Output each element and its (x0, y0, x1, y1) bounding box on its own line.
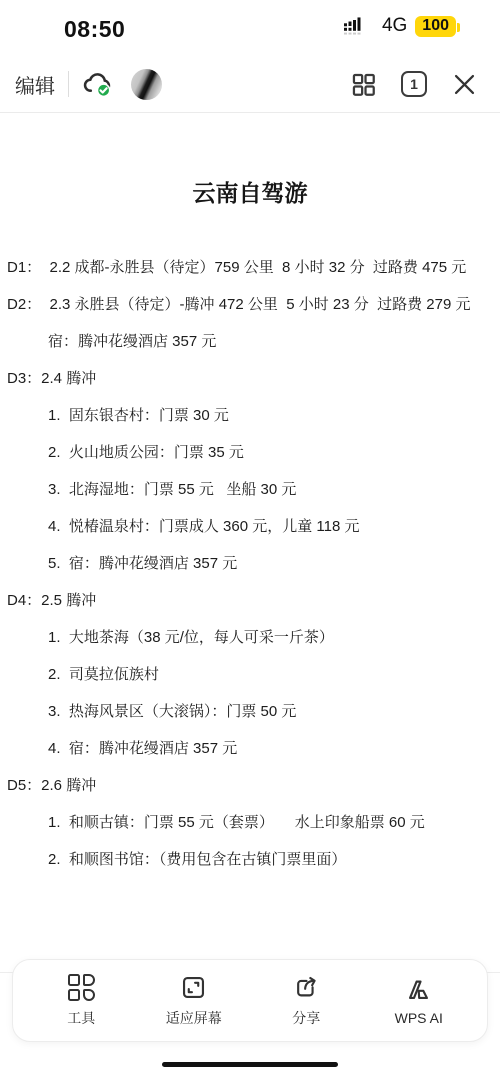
tools-button[interactable]: 工具 (49, 974, 113, 1028)
itinerary-line-d3-item4: 4. 悦椿温泉村：门票成人 360 元，儿童 118 元 (0, 519, 500, 535)
share-icon (293, 974, 320, 1001)
itinerary-line-d2-hotel: 宿：腾冲花缦酒店 357 元 (0, 334, 500, 350)
itinerary-line-d3-item3: 3. 北海湿地：门票 55 元 坐船 30 元 (0, 482, 500, 498)
status-bar: 08:50 4G 100 (0, 0, 500, 56)
clock: 08:50 (64, 16, 125, 43)
itinerary-line-d3-item2: 2. 火山地质公园：门票 35 元 (0, 445, 500, 461)
close-icon[interactable] (451, 71, 478, 98)
itinerary-line-d2: D2： 2.3 永胜县（待定）-腾冲 472 公里 5 小时 23 分 过路费 … (0, 297, 500, 313)
avatar[interactable] (131, 69, 162, 100)
page-indicator[interactable]: 1 (401, 71, 427, 97)
toolbar-divider (68, 71, 69, 97)
itinerary-line-d4: D4：2.5 腾冲 (0, 593, 500, 609)
itinerary-line-d5: D5：2.6 腾冲 (0, 778, 500, 794)
itinerary-line-d4-item2: 2. 司莫拉佤族村 (0, 667, 500, 683)
document-body: D1： 2.2 成都-永胜县（待定）759 公里 8 小时 32 分 过路费 4… (0, 208, 500, 868)
itinerary-line-d4-item4: 4. 宿：腾冲花缦酒店 357 元 (0, 741, 500, 757)
share-button[interactable]: 分享 (274, 974, 338, 1028)
document-title: 云南自驾游 (0, 113, 500, 208)
itinerary-line-d1: D1： 2.2 成都-永胜县（待定）759 公里 8 小时 32 分 过路费 4… (0, 260, 500, 276)
tools-label: 工具 (67, 1008, 95, 1028)
itinerary-line-d3: D3：2.4 腾冲 (0, 371, 500, 387)
bottom-toolbar: 工具 适应屏幕 (12, 959, 488, 1042)
tools-grid-icon (68, 974, 95, 1001)
grid-view-icon[interactable] (350, 71, 377, 98)
wps-ai-label: WPS AI (395, 1010, 443, 1026)
itinerary-line-d3-item5: 5. 宿：腾冲花缦酒店 357 元 (0, 556, 500, 572)
app-toolbar: 编辑 (0, 56, 500, 113)
document-page[interactable]: 云南自驾游 D1： 2.2 成都-永胜县（待定）759 公里 8 小时 32 分… (0, 113, 500, 1070)
share-label: 分享 (292, 1008, 320, 1028)
itinerary-line-d4-item1: 1. 大地茶海（38 元/位，每人可采一斤茶） (0, 630, 500, 646)
itinerary-line-d4-item3: 3. 热海风景区（大滚锅）：门票 50 元 (0, 704, 500, 720)
cloud-sync-icon[interactable] (82, 70, 114, 98)
itinerary-line-d3-item1: 1. 固东银杏村：门票 30 元 (0, 408, 500, 424)
screen: 08:50 4G 100 编辑 (0, 0, 500, 1070)
signal-strength-icon (344, 17, 374, 35)
wps-ai-button[interactable]: WPS AI (387, 976, 451, 1026)
fit-screen-label: 适应屏幕 (166, 1008, 222, 1028)
itinerary-line-d5-item2: 2. 和顺图书馆：（费用包含在古镇门票里面） (0, 852, 500, 868)
wps-ai-icon (405, 976, 432, 1003)
home-indicator[interactable] (162, 1062, 338, 1067)
edit-button[interactable]: 编辑 (15, 70, 55, 99)
network-type: 4G (382, 15, 407, 37)
battery-indicator: 100 (415, 16, 456, 37)
fit-screen-icon (180, 974, 207, 1001)
fit-screen-button[interactable]: 适应屏幕 (162, 974, 226, 1028)
itinerary-line-d5-item1: 1. 和顺古镇：门票 55 元（套票） 水上印象船票 60 元 (0, 815, 500, 831)
